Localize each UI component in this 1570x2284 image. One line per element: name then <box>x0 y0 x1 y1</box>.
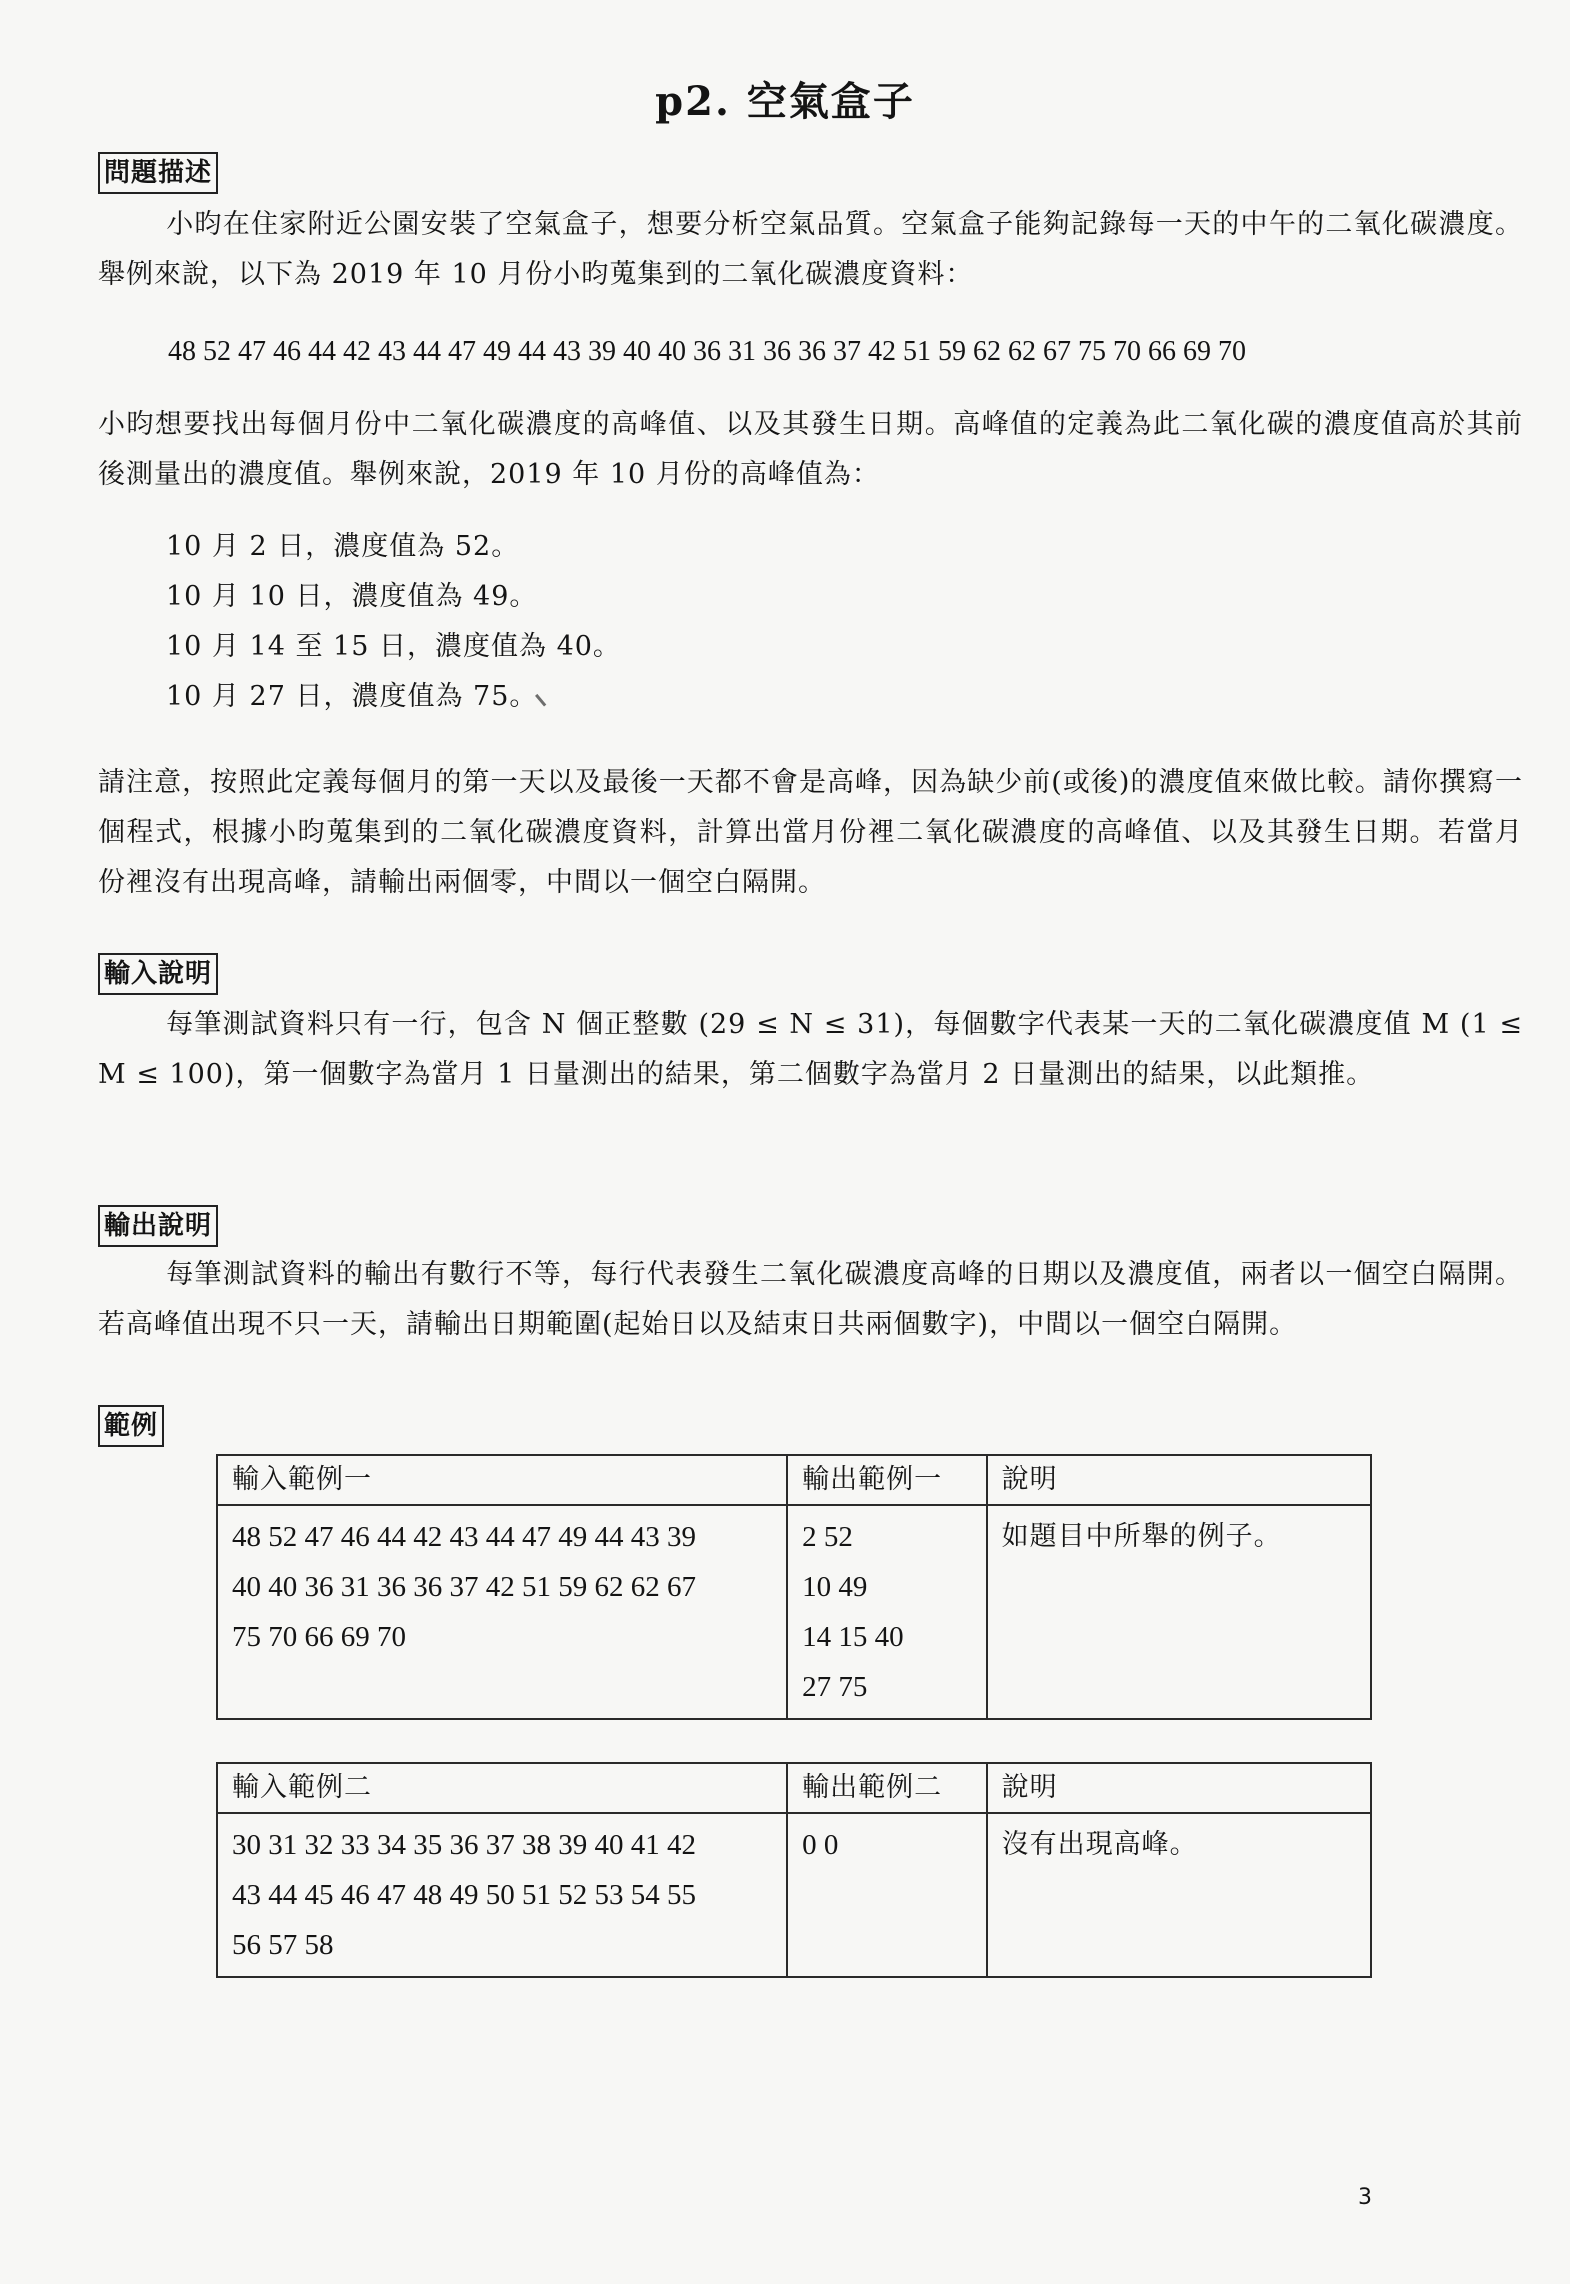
input-line-empty <box>232 1662 772 1712</box>
peak-item: 10 月 2 日，濃度值為 52。 <box>166 522 621 572</box>
problem-paragraph-1: 小昀在住家附近公園安裝了空氣盒子，想要分析空氣品質。空氣盒子能夠記錄每一天的中午… <box>98 200 1523 300</box>
input-line: 56 57 58 <box>232 1920 772 1970</box>
output-paragraph: 每筆測試資料的輸出有數行不等，每行代表發生二氧化碳濃度高峰的日期以及濃度值，兩者… <box>98 1250 1523 1350</box>
input-cell: 30 31 32 33 34 35 36 37 38 39 40 41 42 4… <box>217 1813 787 1977</box>
header-note: 說明 <box>987 1455 1371 1505</box>
input-line: 30 31 32 33 34 35 36 37 38 39 40 41 42 <box>232 1820 772 1870</box>
table-header-row: 輸入範例二 輸出範例二 說明 <box>217 1763 1371 1813</box>
output-line: 0 0 <box>802 1820 972 1870</box>
input-line: 48 52 47 46 44 42 43 44 47 49 44 43 39 <box>232 1512 772 1562</box>
output-line: 14 15 40 <box>802 1612 972 1662</box>
page-number: 3 <box>1358 2185 1372 2210</box>
section-heading-problem: 問題描述 <box>98 152 218 194</box>
peak-list: 10 月 2 日，濃度值為 52。 10 月 10 日，濃度值為 49。 10 … <box>166 522 621 722</box>
problem-paragraph-1-text: 小昀在住家附近公園安裝了空氣盒子，想要分析空氣品質。空氣盒子能夠記錄每一天的中午… <box>98 209 1523 290</box>
input-line: 40 40 36 31 36 36 37 42 51 59 62 62 67 <box>232 1562 772 1612</box>
output-cell: 0 0 <box>787 1813 987 1977</box>
table-header-row: 輸入範例一 輸出範例一 說明 <box>217 1455 1371 1505</box>
sample-co2-data: 48 52 47 46 44 42 43 44 47 49 44 43 39 4… <box>168 332 1528 372</box>
header-note: 說明 <box>987 1763 1371 1813</box>
page-title: p2. 空氣盒子 <box>0 70 1570 127</box>
example-table-1: 輸入範例一 輸出範例一 說明 48 52 47 46 44 42 43 44 4… <box>216 1454 1372 1720</box>
output-line: 10 49 <box>802 1562 972 1612</box>
output-cell: 2 52 10 49 14 15 40 27 75 <box>787 1505 987 1719</box>
header-input: 輸入範例二 <box>217 1763 787 1813</box>
table-row: 48 52 47 46 44 42 43 44 47 49 44 43 39 4… <box>217 1505 1371 1719</box>
header-output: 輸出範例二 <box>787 1763 987 1813</box>
problem-paragraph-2: 小昀想要找出每個月份中二氧化碳濃度的高峰值、以及其發生日期。高峰值的定義為此二氧… <box>98 400 1523 500</box>
note-cell: 如題目中所舉的例子。 <box>987 1505 1371 1719</box>
problem-paragraph-3: 請注意，按照此定義每個月的第一天以及最後一天都不會是高峰，因為缺少前(或後)的濃… <box>98 758 1523 908</box>
header-output: 輸出範例一 <box>787 1455 987 1505</box>
section-heading-output: 輸出說明 <box>98 1205 218 1247</box>
section-heading-input: 輸入說明 <box>98 953 218 995</box>
input-line: 75 70 66 69 70 <box>232 1612 772 1662</box>
output-line: 27 75 <box>802 1662 972 1712</box>
example-table-2: 輸入範例二 輸出範例二 說明 30 31 32 33 34 35 36 37 3… <box>216 1762 1372 1978</box>
input-paragraph: 每筆測試資料只有一行，包含 N 個正整數 (29 ≤ N ≤ 31)，每個數字代… <box>98 1000 1523 1100</box>
table-row: 30 31 32 33 34 35 36 37 38 39 40 41 42 4… <box>217 1813 1371 1977</box>
note-cell: 沒有出現高峰。 <box>987 1813 1371 1977</box>
input-paragraph-text: 每筆測試資料只有一行，包含 N 個正整數 (29 ≤ N ≤ 31)，每個數字代… <box>98 1009 1523 1090</box>
header-input: 輸入範例一 <box>217 1455 787 1505</box>
section-heading-examples: 範例 <box>98 1405 164 1447</box>
peak-item: 10 月 10 日，濃度值為 49。 <box>166 572 621 622</box>
input-line: 43 44 45 46 47 48 49 50 51 52 53 54 55 <box>232 1870 772 1920</box>
input-cell: 48 52 47 46 44 42 43 44 47 49 44 43 39 4… <box>217 1505 787 1719</box>
output-paragraph-text: 每筆測試資料的輸出有數行不等，每行代表發生二氧化碳濃度高峰的日期以及濃度值，兩者… <box>98 1259 1523 1340</box>
output-line: 2 52 <box>802 1512 972 1562</box>
peak-item: 10 月 14 至 15 日，濃度值為 40。 <box>166 622 621 672</box>
